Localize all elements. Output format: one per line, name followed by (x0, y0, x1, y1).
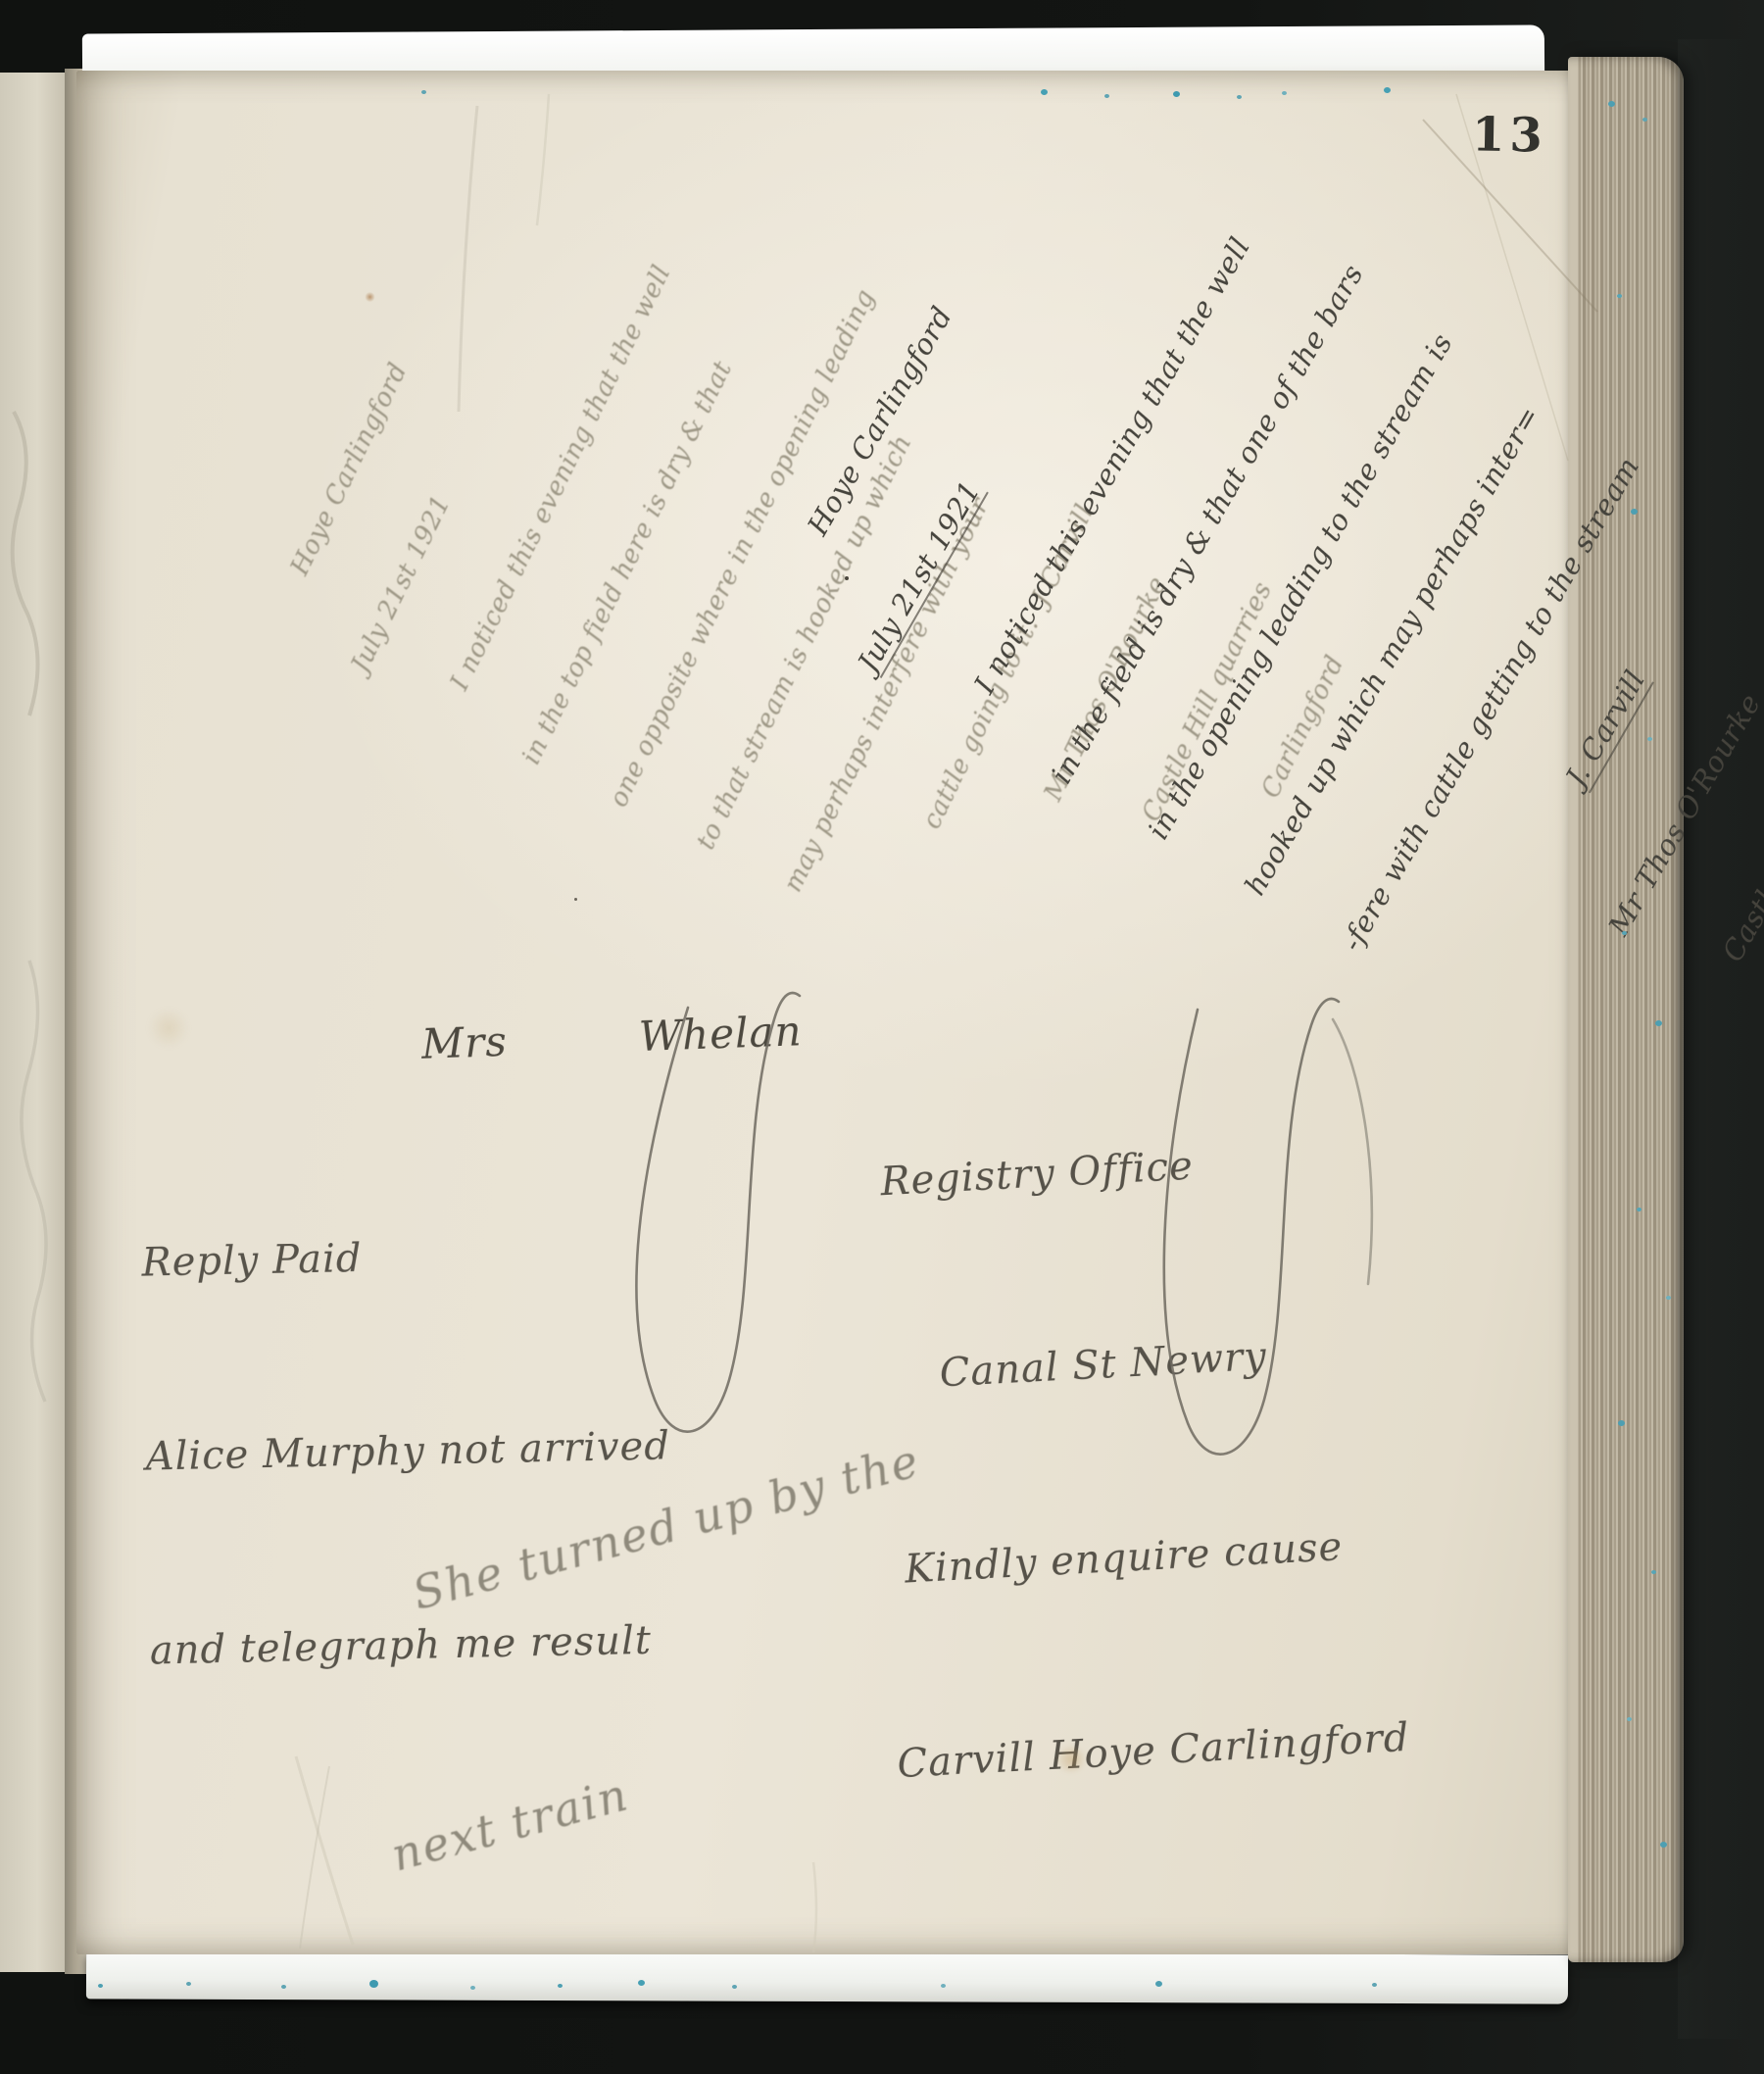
stain (147, 1010, 190, 1047)
handwritten-line: Canal St Newry (875, 1317, 1391, 1408)
previous-page-sliver (0, 73, 69, 1972)
handwritten-line: She turned up by the (403, 1419, 929, 1634)
handwritten-line: Carlingford (1720, 551, 1764, 1181)
ink-speck (845, 576, 849, 580)
stain (1056, 1747, 1086, 1772)
underlying-page-bottom-edge (86, 1950, 1568, 2003)
stain (365, 292, 375, 302)
handwritten-line: Registry Office (865, 1124, 1381, 1215)
page-number: 13 (1472, 109, 1548, 161)
ink-speck (574, 898, 577, 901)
handwritten-line: next train (467, 1658, 994, 1873)
handwritten-line: Reply Paid (141, 1219, 666, 1295)
blue-edge-flecks (0, 0, 5, 4)
handwritten-line: Kindly enquire cause (886, 1511, 1401, 1603)
